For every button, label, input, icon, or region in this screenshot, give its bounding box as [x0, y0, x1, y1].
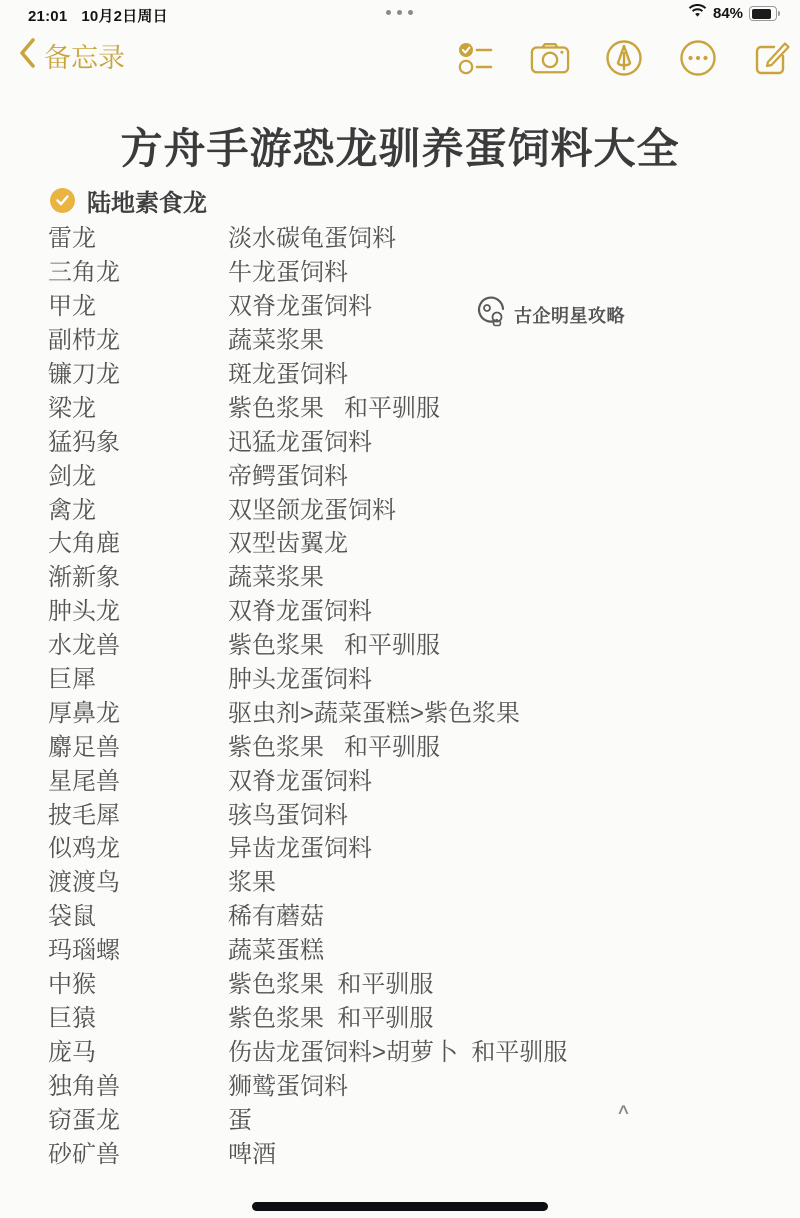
note-title: 方舟手游恐龙驯养蛋饲料大全	[0, 116, 800, 176]
checklist-icon[interactable]	[456, 38, 496, 78]
chevron-left-icon	[18, 38, 36, 73]
feed-value: 斑龙蛋饲料	[228, 354, 348, 389]
dino-name: 渡渡鸟	[48, 862, 228, 897]
status-time-date: 21:0110月2日周日	[28, 5, 168, 26]
feed-value: 双脊龙蛋饲料	[228, 591, 372, 626]
feed-value: 蔬菜浆果	[228, 320, 324, 355]
back-label: 备忘录	[44, 36, 125, 75]
table-row: 猛犸象 迅猛龙蛋饲料	[0, 422, 800, 456]
dino-name: 巨猿	[48, 998, 228, 1033]
more-icon[interactable]	[678, 38, 718, 78]
dino-name: 梁龙	[48, 388, 228, 423]
table-row: 禽龙 双坚颌龙蛋饲料	[0, 490, 800, 524]
watermark-logo-icon	[476, 296, 506, 333]
section-label: 陆地素食龙	[87, 183, 207, 218]
dino-name: 麝足兽	[48, 727, 228, 762]
feed-value: 紫色浆果 和平驯服	[228, 998, 433, 1033]
dino-name: 镰刀龙	[48, 354, 228, 389]
feed-value: 稀有蘑菇	[228, 896, 324, 931]
feed-value: 迅猛龙蛋饲料	[228, 422, 372, 457]
table-row: 副栉龙 蔬菜浆果	[0, 321, 800, 355]
dino-name: 副栉龙	[48, 320, 228, 355]
checkbox-checked-icon[interactable]	[50, 188, 75, 213]
note-toolbar	[456, 38, 792, 78]
watermark: 古企明星攻略	[476, 296, 625, 333]
dino-name: 甲龙	[48, 286, 228, 321]
table-row: 庞马 伤齿龙蛋饲料>胡萝卜 和平驯服	[0, 1032, 800, 1066]
dino-name: 砂矿兽	[48, 1134, 228, 1169]
battery-icon	[749, 6, 777, 21]
table-row: 厚鼻龙 驱虫剂>蔬菜蛋糕>紫色浆果	[0, 693, 800, 727]
dino-name: 独角兽	[48, 1066, 228, 1101]
feed-value: 淡水碳龟蛋饲料	[228, 218, 396, 253]
feed-value: 肿头龙蛋饲料	[228, 659, 372, 694]
nav-bar: 备忘录	[0, 30, 800, 84]
feed-value: 蔬菜蛋糕	[228, 930, 324, 965]
dino-name: 窃蛋龙	[48, 1100, 228, 1135]
feed-value: 伤齿龙蛋饲料>胡萝卜 和平驯服	[228, 1032, 567, 1067]
feed-value: 浆果	[228, 862, 276, 897]
feed-value: 双坚颌龙蛋饲料	[228, 490, 396, 525]
dino-name: 巨犀	[48, 659, 228, 694]
feed-value: 双脊龙蛋饲料	[228, 761, 372, 796]
dino-name: 三角龙	[48, 252, 228, 287]
status-date: 10月2日周日	[81, 8, 167, 25]
multitask-dots-icon[interactable]	[386, 10, 413, 15]
dino-name: 庞马	[48, 1032, 228, 1067]
table-row: 玛瑙螺 蔬菜蛋糕	[0, 931, 800, 965]
feed-list: 雷龙 淡水碳龟蛋饲料 三角龙 牛龙蛋饲料 甲龙 双脊龙蛋饲料 副栉龙 蔬菜浆果 …	[0, 219, 800, 1168]
table-row: 中猴 紫色浆果 和平驯服	[0, 965, 800, 999]
caret-mark: ∧	[616, 1100, 631, 1118]
status-time: 21:01	[28, 8, 67, 25]
feed-value: 驱虫剂>蔬菜蛋糕>紫色浆果	[228, 693, 520, 728]
feed-value: 牛龙蛋饲料	[228, 252, 348, 287]
table-row: 巨犀 肿头龙蛋饲料	[0, 660, 800, 694]
feed-value: 异齿龙蛋饲料	[228, 828, 372, 863]
table-row: 三角龙 牛龙蛋饲料	[0, 253, 800, 287]
table-row: 砂矿兽 啤酒	[0, 1134, 800, 1168]
table-row: 星尾兽 双脊龙蛋饲料	[0, 761, 800, 795]
feed-value: 蛋	[228, 1100, 252, 1135]
table-row: 渐新象 蔬菜浆果	[0, 558, 800, 592]
compose-icon[interactable]	[752, 38, 792, 78]
dino-name: 雷龙	[48, 218, 228, 253]
feed-value: 骇鸟蛋饲料	[228, 795, 348, 830]
dino-name: 猛犸象	[48, 422, 228, 457]
table-row: 剑龙 帝鳄蛋饲料	[0, 456, 800, 490]
home-indicator[interactable]	[252, 1202, 548, 1211]
table-row: 渡渡鸟 浆果	[0, 863, 800, 897]
feed-value: 双型齿翼龙	[228, 523, 348, 558]
table-row: 梁龙 紫色浆果 和平驯服	[0, 388, 800, 422]
feed-value: 帝鳄蛋饲料	[228, 456, 348, 491]
dino-name: 剑龙	[48, 456, 228, 491]
dino-name: 渐新象	[48, 557, 228, 592]
dino-name: 肿头龙	[48, 591, 228, 626]
dino-name: 似鸡龙	[48, 828, 228, 863]
feed-value: 蔬菜浆果	[228, 557, 324, 592]
battery-percent: 84%	[713, 5, 743, 22]
feed-value: 紫色浆果 和平驯服	[228, 388, 440, 423]
dino-name: 玛瑙螺	[48, 930, 228, 965]
table-row: 披毛犀 骇鸟蛋饲料	[0, 795, 800, 829]
dino-name: 禽龙	[48, 490, 228, 525]
table-row: 甲龙 双脊龙蛋饲料	[0, 287, 800, 321]
watermark-text: 古企明星攻略	[514, 302, 625, 328]
table-row: 巨猿 紫色浆果 和平驯服	[0, 998, 800, 1032]
dino-name: 厚鼻龙	[48, 693, 228, 728]
dino-name: 袋鼠	[48, 896, 228, 931]
dino-name: 水龙兽	[48, 625, 228, 660]
dino-name: 中猴	[48, 964, 228, 999]
table-row: 雷龙 淡水碳龟蛋饲料	[0, 219, 800, 253]
table-row: 镰刀龙 斑龙蛋饲料	[0, 355, 800, 389]
table-row: 袋鼠 稀有蘑菇	[0, 897, 800, 931]
table-row: 水龙兽 紫色浆果 和平驯服	[0, 626, 800, 660]
markup-icon[interactable]	[604, 38, 644, 78]
dino-name: 披毛犀	[48, 795, 228, 830]
wifi-icon	[688, 4, 707, 23]
section-header: 陆地素食龙	[50, 183, 207, 218]
status-bar: 21:0110月2日周日 84%	[0, 0, 800, 28]
feed-value: 啤酒	[228, 1134, 276, 1169]
table-row: 独角兽 狮鹫蛋饲料	[0, 1066, 800, 1100]
table-row: 大角鹿 双型齿翼龙	[0, 524, 800, 558]
table-row: 肿头龙 双脊龙蛋饲料	[0, 592, 800, 626]
feed-value: 紫色浆果 和平驯服	[228, 727, 440, 762]
dino-name: 大角鹿	[48, 523, 228, 558]
feed-value: 双脊龙蛋饲料	[228, 286, 372, 321]
back-button[interactable]: 备忘录	[18, 36, 125, 75]
table-row: 窃蛋龙 蛋	[0, 1100, 800, 1134]
feed-value: 狮鹫蛋饲料	[228, 1066, 348, 1101]
dino-name: 星尾兽	[48, 761, 228, 796]
table-row: 似鸡龙 异齿龙蛋饲料	[0, 829, 800, 863]
status-right-cluster: 84%	[688, 4, 777, 23]
table-row: 麝足兽 紫色浆果 和平驯服	[0, 727, 800, 761]
feed-value: 紫色浆果 和平驯服	[228, 964, 433, 999]
camera-icon[interactable]	[530, 38, 570, 78]
feed-value: 紫色浆果 和平驯服	[228, 625, 440, 660]
